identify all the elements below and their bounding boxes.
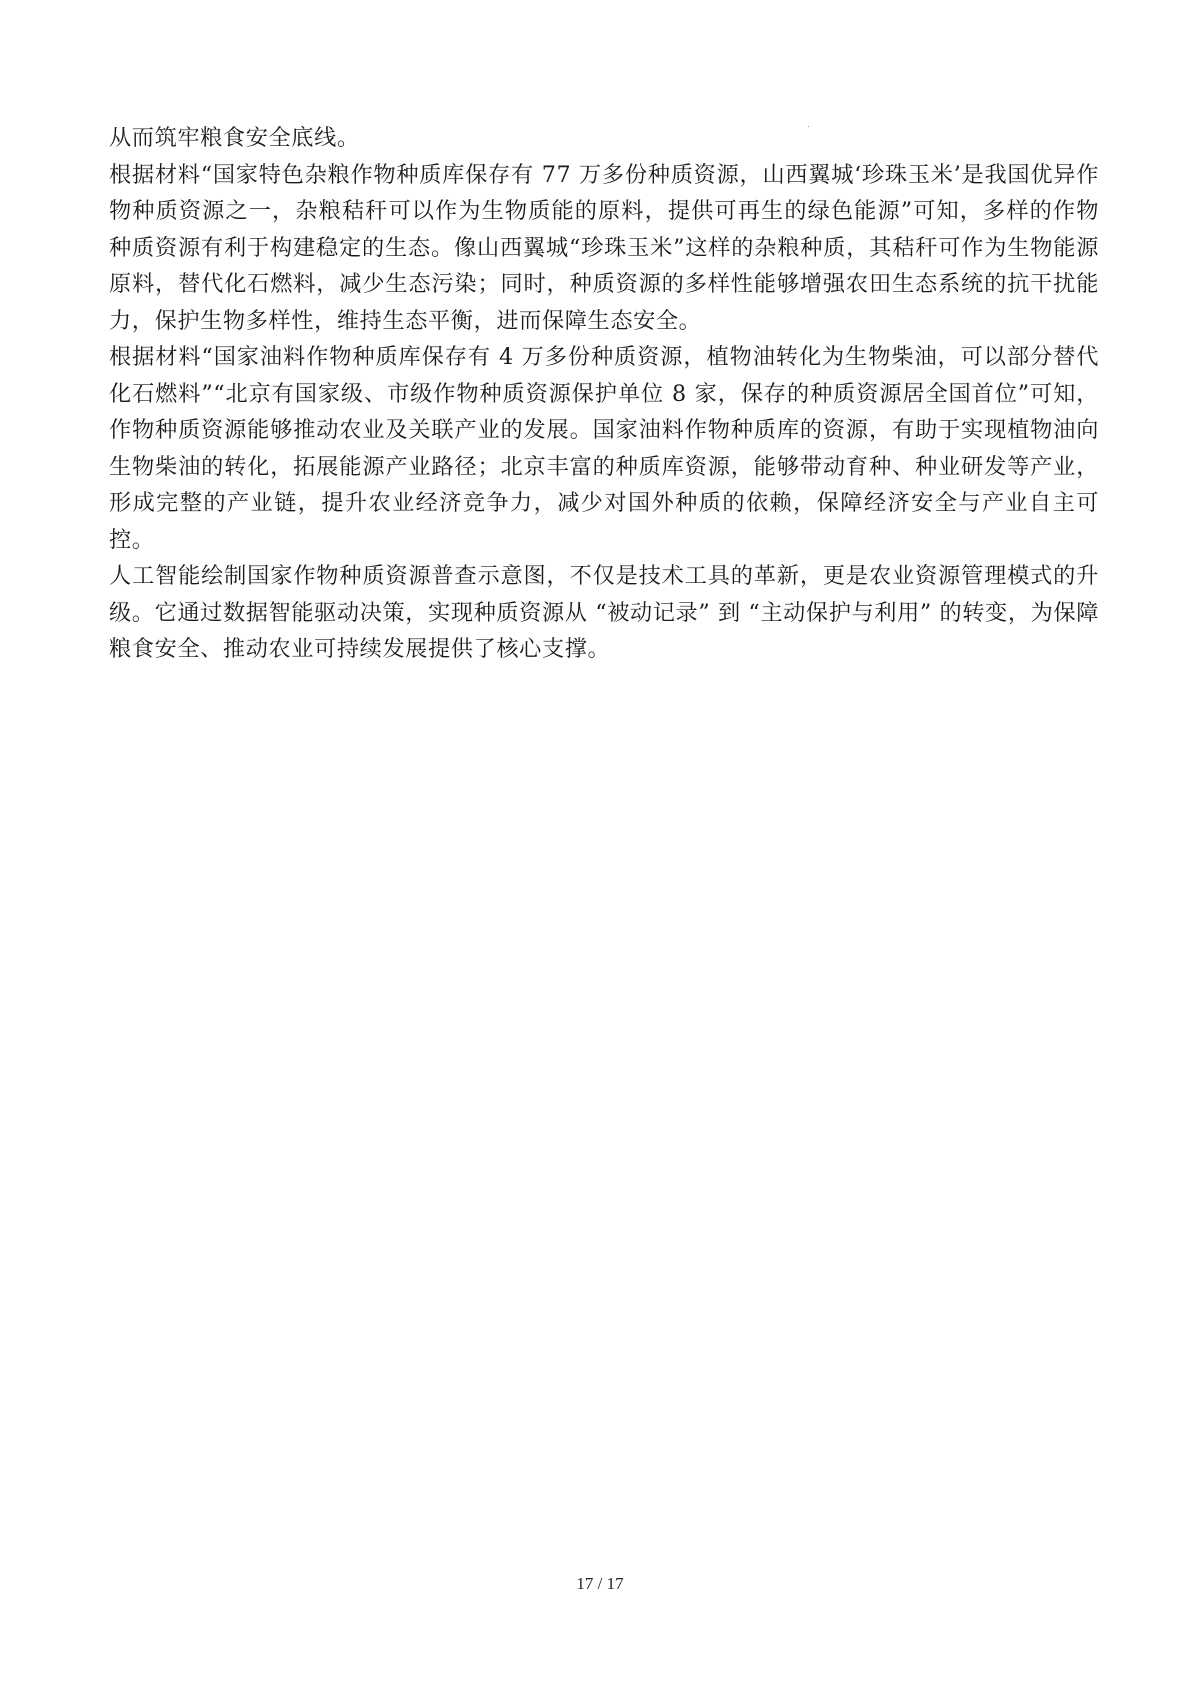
document-body: 从而筑牢粮食安全底线。 根据材料“国家特色杂粮作物种质库保存有 77 万多份种质…: [109, 120, 1099, 668]
paragraph-ecological-security: 根据材料“国家特色杂粮作物种质库保存有 77 万多份种质资源，山西翼城‘珍珠玉米…: [109, 157, 1099, 340]
document-page: 从而筑牢粮食安全底线。 根据材料“国家特色杂粮作物种质库保存有 77 万多份种质…: [0, 0, 1200, 1697]
paragraph-economic-security: 根据材料“国家油料作物种质库保存有 4 万多份种质资源，植物油转化为生物柴油，可…: [109, 339, 1099, 558]
page-number: 17 / 17: [0, 1574, 1200, 1594]
paragraph-conclusion-food-security: 从而筑牢粮食安全底线。: [109, 120, 1099, 157]
paragraph-ai-summary: 人工智能绘制国家作物种质资源普查示意图，不仅是技术工具的革新，更是农业资源管理模…: [109, 558, 1099, 668]
